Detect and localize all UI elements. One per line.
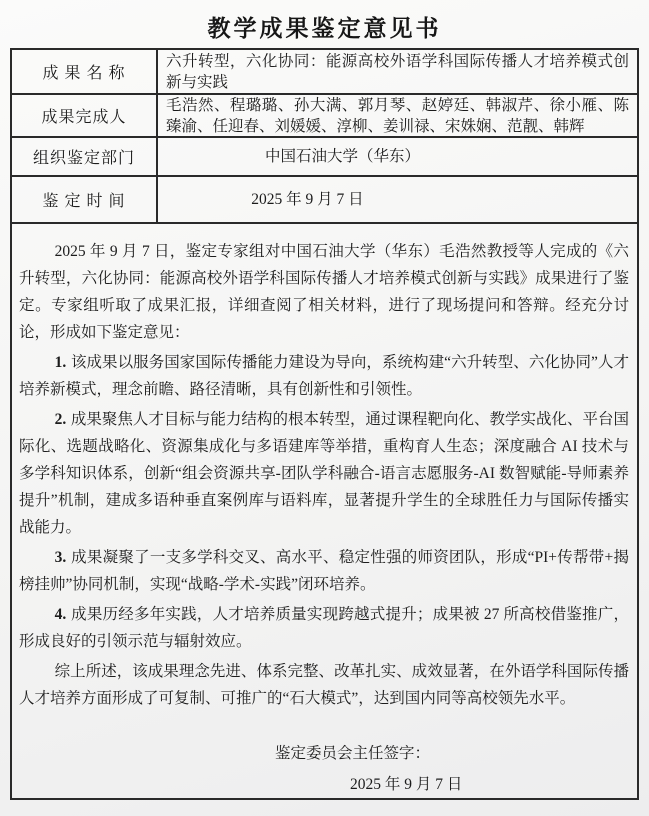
paragraph-text: 成果聚焦人才目标与能力结构的根本转型，通过课程靶向化、教学实战化、平台国际化、选… <box>19 411 629 536</box>
achievement-name-text: 六升转型，六化协同：能源高校外语学科国际传播人才培养模式创新与实践 <box>166 51 629 93</box>
paragraph-number: 2. <box>55 411 67 428</box>
paragraph-number: 1. <box>55 354 67 371</box>
row-label-appraisal-date: 鉴 定 时 间 <box>12 177 158 222</box>
appraisal-date-text: 2025 年 9 月 7 日 <box>251 189 363 210</box>
organizing-department-text: 中国石油大学（华东） <box>265 146 420 167</box>
paragraph-number: 3. <box>55 549 67 566</box>
paragraph-text: 该成果以服务国家国际传播能力建设为导向，系统构建“六升转型、六化协同”人才培养新… <box>19 354 629 398</box>
paragraph-text: 综上所述，该成果理念先进、体系完整、改革扎实、成效显著，在外语学科国际传播人才培… <box>19 663 629 707</box>
appraisal-opinion-body: 2025 年 9 月 7 日，鉴定专家组对中国石油大学（华东）毛浩然教授等人完成… <box>12 224 637 798</box>
appraisal-table: 成 果 名 称 六升转型，六化协同：能源高校外语学科国际传播人才培养模式创新与实… <box>10 48 639 800</box>
table-row-completers: 成果完成人 毛浩然、程璐璐、孙大满、郭月琴、赵婷廷、韩淑芹、徐小雁、陈臻渝、任迎… <box>12 95 637 138</box>
paragraph-conclusion: 综上所述，该成果理念先进、体系完整、改革扎实、成效显著，在外语学科国际传播人才培… <box>19 658 629 712</box>
paragraph-text: 成果凝聚了一支多学科交叉、高水平、稳定性强的师资团队，形成“PI+传帮带+揭榜挂… <box>19 549 629 593</box>
paragraph-text: 2025 年 9 月 7 日，鉴定专家组对中国石油大学（华东）毛浩然教授等人完成… <box>19 243 629 341</box>
paragraph-number: 4. <box>55 606 67 623</box>
paragraph-opinion-2: 2.成果聚焦人才目标与能力结构的根本转型，通过课程靶向化、教学实战化、平台国际化… <box>19 406 629 541</box>
paragraph-intro: 2025 年 9 月 7 日，鉴定专家组对中国石油大学（华东）毛浩然教授等人完成… <box>19 238 629 346</box>
row-value-appraisal-date: 2025 年 9 月 7 日 <box>158 177 637 222</box>
table-row-organizing-department: 组织鉴定部门 中国石油大学（华东） <box>12 138 637 177</box>
table-row-appraisal-opinion: 2025 年 9 月 7 日，鉴定专家组对中国石油大学（华东）毛浩然教授等人完成… <box>12 224 637 798</box>
row-value-organizing-department: 中国石油大学（华东） <box>158 138 637 175</box>
signature-label: 鉴定委员会主任签字： <box>275 740 629 767</box>
page-title: 教学成果鉴定意见书 <box>0 10 649 43</box>
row-value-achievement-name: 六升转型，六化协同：能源高校外语学科国际传播人才培养模式创新与实践 <box>158 50 637 93</box>
table-row-achievement-name: 成 果 名 称 六升转型，六化协同：能源高校外语学科国际传播人才培养模式创新与实… <box>12 50 637 95</box>
paragraph-opinion-4: 4.成果历经多年实践，人才培养质量实现跨越式提升；成果被 27 所高校借鉴推广，… <box>19 601 629 655</box>
paragraph-text: 成果历经多年实践，人才培养质量实现跨越式提升；成果被 27 所高校借鉴推广，形成… <box>19 606 629 650</box>
row-label-organizing-department: 组织鉴定部门 <box>12 138 158 175</box>
row-value-completers: 毛浩然、程璐璐、孙大满、郭月琴、赵婷廷、韩淑芹、徐小雁、陈臻渝、任迎春、刘媛媛、… <box>158 95 637 136</box>
paragraph-opinion-3: 3.成果凝聚了一支多学科交叉、高水平、稳定性强的师资团队，形成“PI+传帮带+揭… <box>19 544 629 598</box>
signature-date: 2025 年 9 月 7 日 <box>350 771 629 798</box>
row-label-achievement-name: 成 果 名 称 <box>12 50 158 93</box>
appraisal-document: { "page": { "title": "教学成果鉴定意见书" }, "tab… <box>0 0 649 816</box>
row-label-completers: 成果完成人 <box>12 95 158 136</box>
paragraph-opinion-1: 1.该成果以服务国家国际传播能力建设为导向，系统构建“六升转型、六化协同”人才培… <box>19 349 629 403</box>
table-row-appraisal-date: 鉴 定 时 间 2025 年 9 月 7 日 <box>12 177 637 224</box>
completers-text: 毛浩然、程璐璐、孙大满、郭月琴、赵婷廷、韩淑芹、徐小雁、陈臻渝、任迎春、刘媛媛、… <box>166 95 629 137</box>
